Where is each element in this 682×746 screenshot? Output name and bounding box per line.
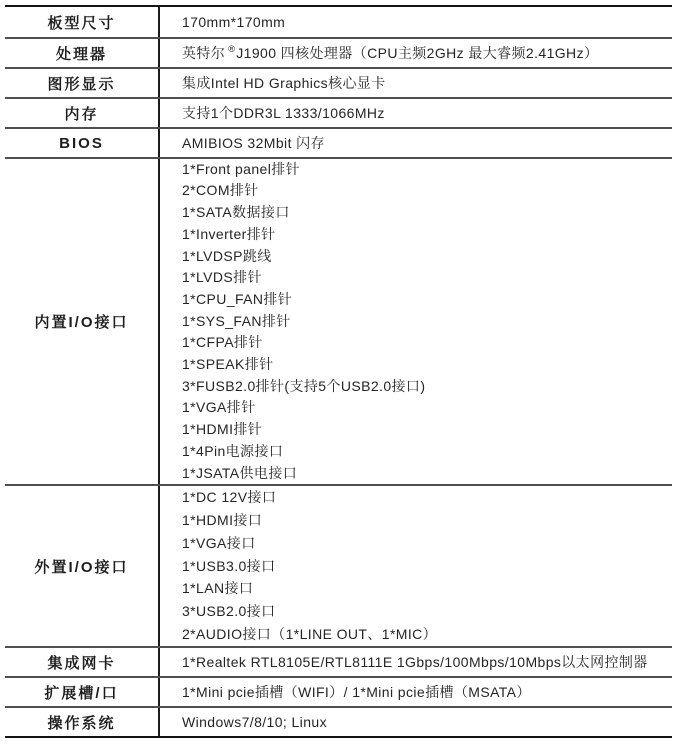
row-value: 1*Mini pcie插槽（WIFI）/ 1*Mini pcie插槽（MSATA… [160,678,672,706]
row-value: AMIBIOS 32Mbit 闪存 [160,129,672,157]
table-row-board-size: 板型尺寸 170mm*170mm [5,7,672,39]
row-label: 处理器 [5,39,160,67]
io-item: 1*DC 12V接口 [182,486,672,509]
row-label: 内存 [5,99,160,127]
io-item: 1*HDMI排针 [182,419,672,441]
io-item: 1*Front panel排针 [182,159,672,181]
row-label: 板型尺寸 [5,7,160,37]
table-row-bios: BIOS AMIBIOS 32Mbit 闪存 [5,129,672,159]
row-value-text: 1*Realtek RTL8105E/RTL8111E 1Gbps/100Mbp… [182,652,672,672]
io-item: 2*AUDIO接口（1*LINE OUT、1*MIC） [182,623,672,646]
row-label: 图形显示 [5,69,160,97]
row-value: 1*DC 12V接口 1*HDMI接口 1*VGA接口 1*USB3.0接口 1… [160,486,672,646]
row-value-text: 170mm*170mm [182,14,672,30]
row-label: 操作系统 [5,708,160,736]
row-value: 1*Front panel排针 2*COM排针 1*SATA数据接口 1*Inv… [160,159,672,484]
io-item: 1*USB3.0接口 [182,555,672,578]
table-row-graphics: 图形显示 集成Intel HD Graphics核心显卡 [5,69,672,99]
row-value: 1*Realtek RTL8105E/RTL8111E 1Gbps/100Mbp… [160,648,672,676]
row-label: 内置I/O接口 [5,159,160,484]
io-item: 1*4Pin电源接口 [182,441,672,463]
table-row-os: 操作系统 Windows7/8/10; Linux [5,708,672,738]
table-row-memory: 内存 支持1个DDR3L 1333/1066MHz [5,99,672,129]
io-item: 1*VGA接口 [182,532,672,555]
row-value-text: Windows7/8/10; Linux [182,714,672,730]
row-label: 扩展槽/口 [5,678,160,706]
row-label: BIOS [5,129,160,157]
io-item: 3*FUSB2.0排针(支持5个USB2.0接口) [182,376,672,398]
cpu-model-text: J1900 四核处理器（CPU主频2GHz 最大睿频2.41GHz） [236,45,598,61]
io-item: 3*USB2.0接口 [182,600,672,623]
row-value: 英特尔®J1900 四核处理器（CPU主频2GHz 最大睿频2.41GHz） [160,39,672,67]
io-item: 1*HDMI接口 [182,509,672,532]
table-row-external-io: 外置I/O接口 1*DC 12V接口 1*HDMI接口 1*VGA接口 1*US… [5,486,672,648]
row-value-text: 英特尔®J1900 四核处理器（CPU主频2GHz 最大睿频2.41GHz） [182,43,672,63]
spec-table: 板型尺寸 170mm*170mm 处理器 英特尔®J1900 四核处理器（CPU… [5,5,672,738]
cpu-brand-text: 英特尔 [182,45,225,61]
row-value-text: 1*Mini pcie插槽（WIFI）/ 1*Mini pcie插槽（MSATA… [182,682,672,702]
io-item: 1*SPEAK排针 [182,354,672,376]
io-item: 2*COM排针 [182,180,672,202]
row-value-text: 集成Intel HD Graphics核心显卡 [182,73,672,93]
io-item: 1*Inverter排针 [182,224,672,246]
row-value-text: AMIBIOS 32Mbit 闪存 [182,133,672,153]
row-value: 170mm*170mm [160,7,672,37]
table-row-internal-io: 内置I/O接口 1*Front panel排针 2*COM排针 1*SATA数据… [5,159,672,486]
row-value: 集成Intel HD Graphics核心显卡 [160,69,672,97]
io-item: 1*SATA数据接口 [182,202,672,224]
io-item: 1*JSATA供电接口 [182,463,672,485]
table-row-expansion: 扩展槽/口 1*Mini pcie插槽（WIFI）/ 1*Mini pcie插槽… [5,678,672,708]
row-value: Windows7/8/10; Linux [160,708,672,736]
io-item: 1*SYS_FAN排针 [182,311,672,333]
io-item: 1*LVDS排针 [182,267,672,289]
row-value: 支持1个DDR3L 1333/1066MHz [160,99,672,127]
io-item: 1*LVDSP跳线 [182,246,672,268]
row-label: 外置I/O接口 [5,486,160,646]
io-item: 1*CFPA排针 [182,332,672,354]
registered-trademark-symbol: ® [228,44,235,54]
io-item: 1*LAN接口 [182,577,672,600]
table-row-ethernet: 集成网卡 1*Realtek RTL8105E/RTL8111E 1Gbps/1… [5,648,672,678]
row-value-text: 支持1个DDR3L 1333/1066MHz [182,103,672,123]
io-item: 1*CPU_FAN排针 [182,289,672,311]
row-label: 集成网卡 [5,648,160,676]
io-item: 1*VGA排针 [182,397,672,419]
table-row-cpu: 处理器 英特尔®J1900 四核处理器（CPU主频2GHz 最大睿频2.41GH… [5,39,672,69]
